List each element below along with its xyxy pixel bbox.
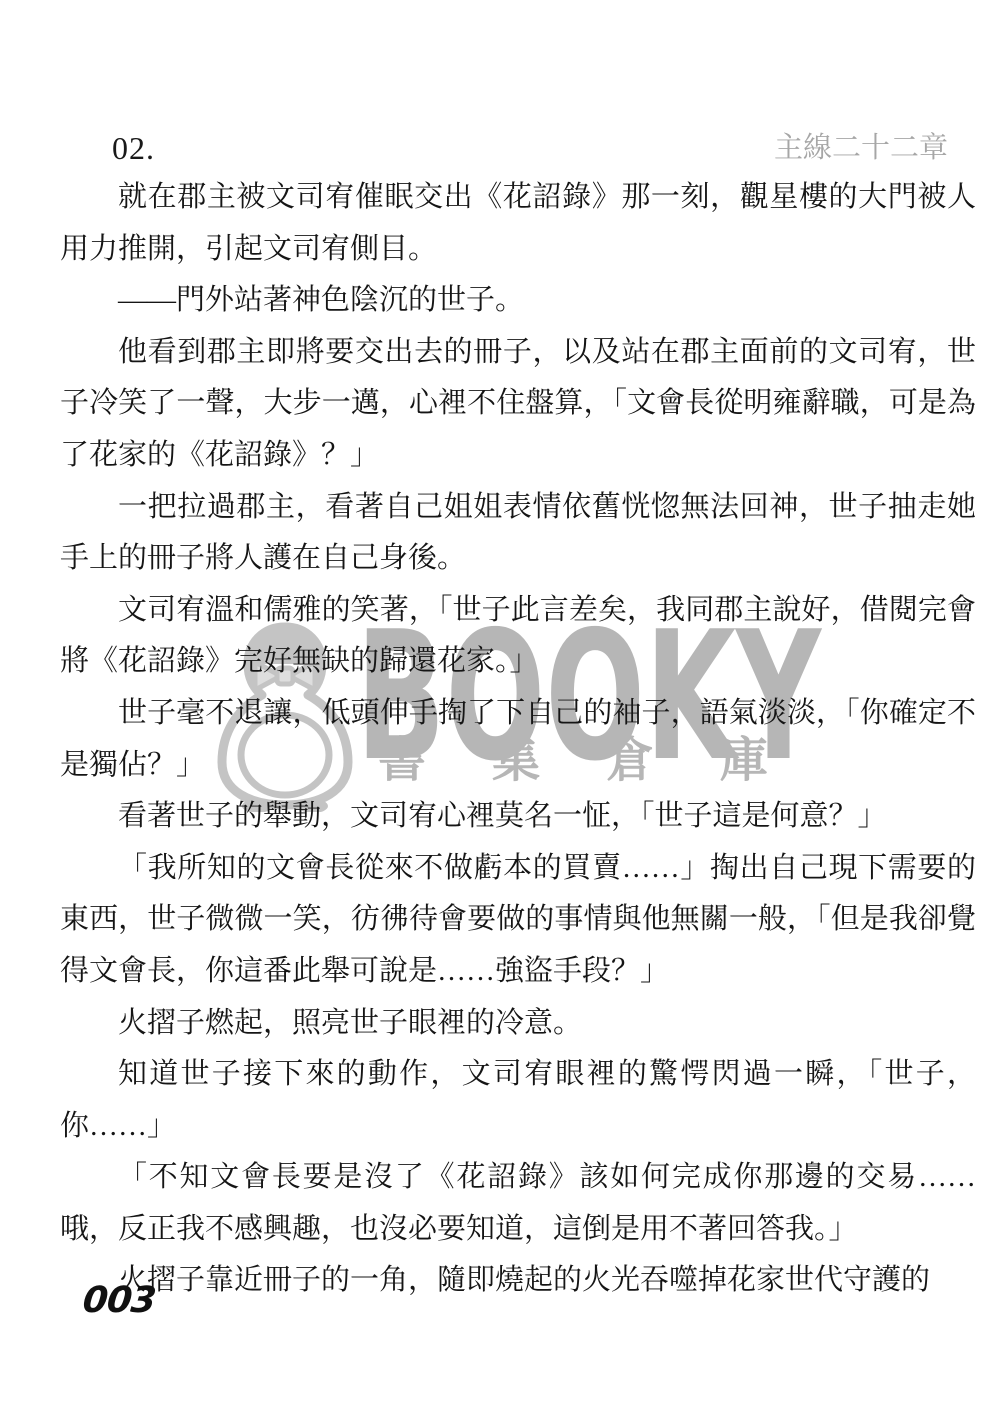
paragraph: 「我所知的文會長從來不做虧本的買賣……」掏出自己現下需要的東西，世子微微一笑，彷… [60,843,976,998]
paragraph: 火摺子燃起，照亮世子眼裡的冷意。 [60,998,976,1050]
book-page: BOOKY 書集倉庫 02. 主線二十二章 就在郡主被文司宥催眠交出《花詔錄》那… [0,0,1000,1419]
paragraph: 文司宥溫和儒雅的笑著，「世子此言差矣，我同郡主說好，借閱完會將《花詔錄》完好無缺… [60,585,976,688]
page-content: 02. 主線二十二章 就在郡主被文司宥催眠交出《花詔錄》那一刻，觀星樓的大門被人… [0,0,1000,1419]
paragraph: 知道世子接下來的動作，文司宥眼裡的驚愕閃過一瞬，「世子，你……」 [60,1049,976,1152]
paragraph: 一把拉過郡主，看著自己姐姐表情依舊恍惚無法回神，世子抽走她手上的冊子將人護在自己… [60,482,976,585]
paragraph: 就在郡主被文司宥催眠交出《花詔錄》那一刻，觀星樓的大門被人用力推開，引起文司宥側… [60,172,976,275]
body-text: 就在郡主被文司宥催眠交出《花詔錄》那一刻，觀星樓的大門被人用力推開，引起文司宥側… [60,172,976,1307]
paragraph: ——門外站著神色陰沉的世子。 [60,275,976,327]
page-header: 02. 主線二十二章 [60,130,960,166]
paragraph: 「不知文會長要是沒了《花詔錄》該如何完成你那邊的交易……哦，反正我不感興趣，也沒… [60,1152,976,1255]
paragraph: 火摺子靠近冊子的一角，隨即燒起的火光吞噬掉花家世代守護的 [60,1255,976,1307]
paragraph: 世子毫不退讓，低頭伸手掏了下自己的袖子，語氣淡淡，「你確定不是獨佔？」 [60,688,976,791]
paragraph: 看著世子的舉動，文司宥心裡莫名一怔，「世子這是何意？」 [60,791,976,843]
section-number: 02. [112,130,155,166]
chapter-title: 主線二十二章 [774,130,948,166]
page-number: 003 [81,1280,157,1321]
paragraph: 他看到郡主即將要交出去的冊子，以及站在郡主面前的文司宥，世子冷笑了一聲，大步一邁… [60,327,976,482]
